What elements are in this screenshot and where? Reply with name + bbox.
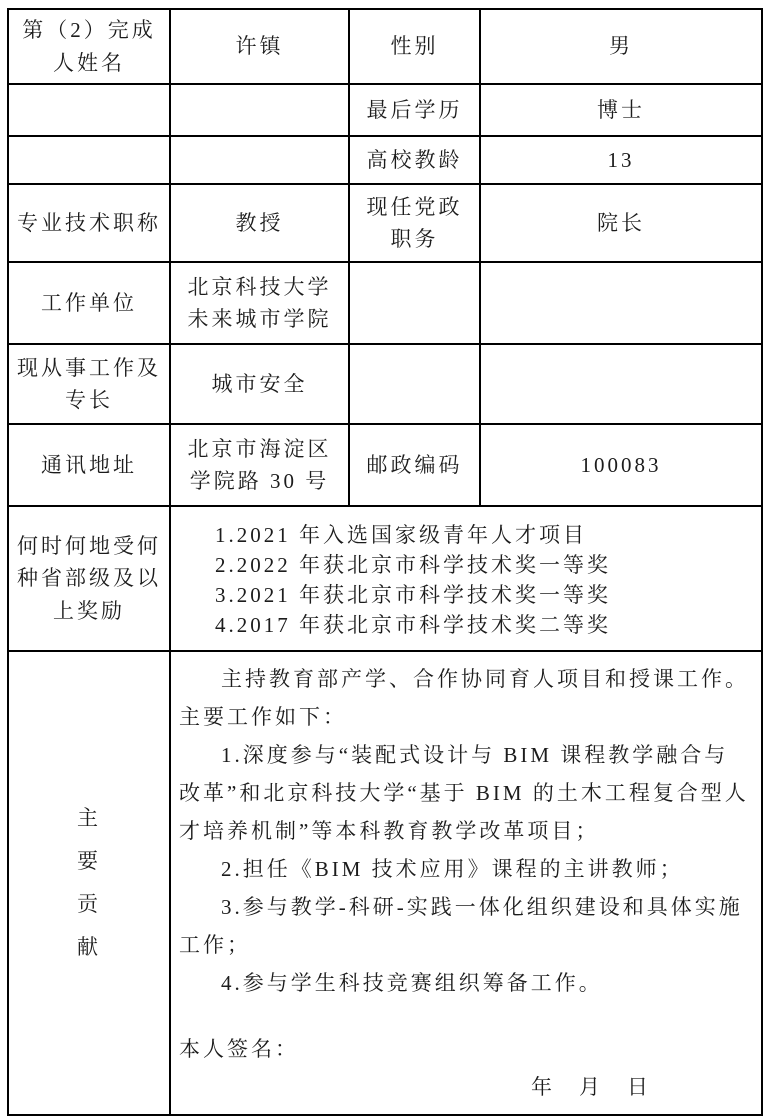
- title-value-cell: 教授: [170, 184, 349, 262]
- duty-label-cell: 现任党政职务: [349, 184, 480, 262]
- address-value-cell: 北京市海淀区学院路 30 号: [170, 424, 349, 506]
- row-contributions: 主要贡献 主持教育部产学、合作协同育人项目和授课工作。主要工作如下： 1.深度参…: [8, 651, 762, 1115]
- empty-cell: [480, 262, 762, 344]
- row-degree: 最后学历 博士: [8, 84, 762, 136]
- empty-cell: [349, 344, 480, 424]
- duty-value-cell: 院长: [480, 184, 762, 262]
- row-teaching-age: 高校教龄 13: [8, 136, 762, 184]
- degree-label-cell: 最后学历: [349, 84, 480, 136]
- personnel-form-table: 第（2）完成人姓名 许镇 性别 男 最后学历 博士 高校教龄 13 专业技术职称…: [7, 8, 763, 1116]
- signature-label: 本人签名：: [179, 1030, 751, 1068]
- postcode-label-cell: 邮政编码: [349, 424, 480, 506]
- row-title-duty: 专业技术职称 教授 现任党政职务 院长: [8, 184, 762, 262]
- empty-cell: [8, 136, 170, 184]
- row-awards: 何时何地受何种省部级及以上奖励 1.2021 年入选国家级青年人才项目 2.20…: [8, 506, 762, 651]
- date-line: 年 月 日: [179, 1068, 751, 1106]
- award-item: 4.2017 年获北京市科学技术奖二等奖: [215, 610, 751, 640]
- name-value-cell: 许镇: [170, 9, 349, 84]
- empty-cell: [349, 262, 480, 344]
- work-value-cell: 城市安全: [170, 344, 349, 424]
- contrib-paragraph: 2.担任《BIM 技术应用》课程的主讲教师；: [179, 850, 751, 888]
- contrib-label: 主要贡献: [74, 797, 103, 969]
- empty-cell: [170, 136, 349, 184]
- form-page: 第（2）完成人姓名 许镇 性别 男 最后学历 博士 高校教龄 13 专业技术职称…: [0, 0, 768, 1086]
- contrib-paragraph: 3.参与教学-科研-实践一体化组织建设和具体实施工作；: [179, 888, 751, 964]
- contrib-paragraph: 1.深度参与“装配式设计与 BIM 课程教学融合与改革”和北京科技大学“基于 B…: [179, 736, 751, 850]
- title-label-cell: 专业技术职称: [8, 184, 170, 262]
- employer-label-cell: 工作单位: [8, 262, 170, 344]
- row-address-postcode: 通讯地址 北京市海淀区学院路 30 号 邮政编码 100083: [8, 424, 762, 506]
- row-name-gender: 第（2）完成人姓名 许镇 性别 男: [8, 9, 762, 84]
- empty-cell: [170, 84, 349, 136]
- award-item: 2.2022 年获北京市科学技术奖一等奖: [215, 550, 751, 580]
- teaching-age-value-cell: 13: [480, 136, 762, 184]
- award-item: 3.2021 年获北京市科学技术奖一等奖: [215, 580, 751, 610]
- work-label-cell: 现从事工作及专长: [8, 344, 170, 424]
- contrib-paragraph: 主持教育部产学、合作协同育人项目和授课工作。主要工作如下：: [179, 660, 751, 736]
- award-item: 1.2021 年入选国家级青年人才项目: [215, 520, 751, 550]
- empty-cell: [480, 344, 762, 424]
- employer-value-cell: 北京科技大学未来城市学院: [170, 262, 349, 344]
- awards-label-cell: 何时何地受何种省部级及以上奖励: [8, 506, 170, 651]
- row-current-work: 现从事工作及专长 城市安全: [8, 344, 762, 424]
- name-label-cell: 第（2）完成人姓名: [8, 9, 170, 84]
- address-label-cell: 通讯地址: [8, 424, 170, 506]
- gender-value-cell: 男: [480, 9, 762, 84]
- row-employer: 工作单位 北京科技大学未来城市学院: [8, 262, 762, 344]
- contrib-paragraph: 4.参与学生科技竞赛组织筹备工作。: [179, 964, 751, 1002]
- teaching-age-label-cell: 高校教龄: [349, 136, 480, 184]
- degree-value-cell: 博士: [480, 84, 762, 136]
- empty-cell: [8, 84, 170, 136]
- gender-label-cell: 性别: [349, 9, 480, 84]
- contrib-label-cell: 主要贡献: [8, 651, 170, 1115]
- awards-content-cell: 1.2021 年入选国家级青年人才项目 2.2022 年获北京市科学技术奖一等奖…: [170, 506, 762, 651]
- postcode-value-cell: 100083: [480, 424, 762, 506]
- contrib-content-cell: 主持教育部产学、合作协同育人项目和授课工作。主要工作如下： 1.深度参与“装配式…: [170, 651, 762, 1115]
